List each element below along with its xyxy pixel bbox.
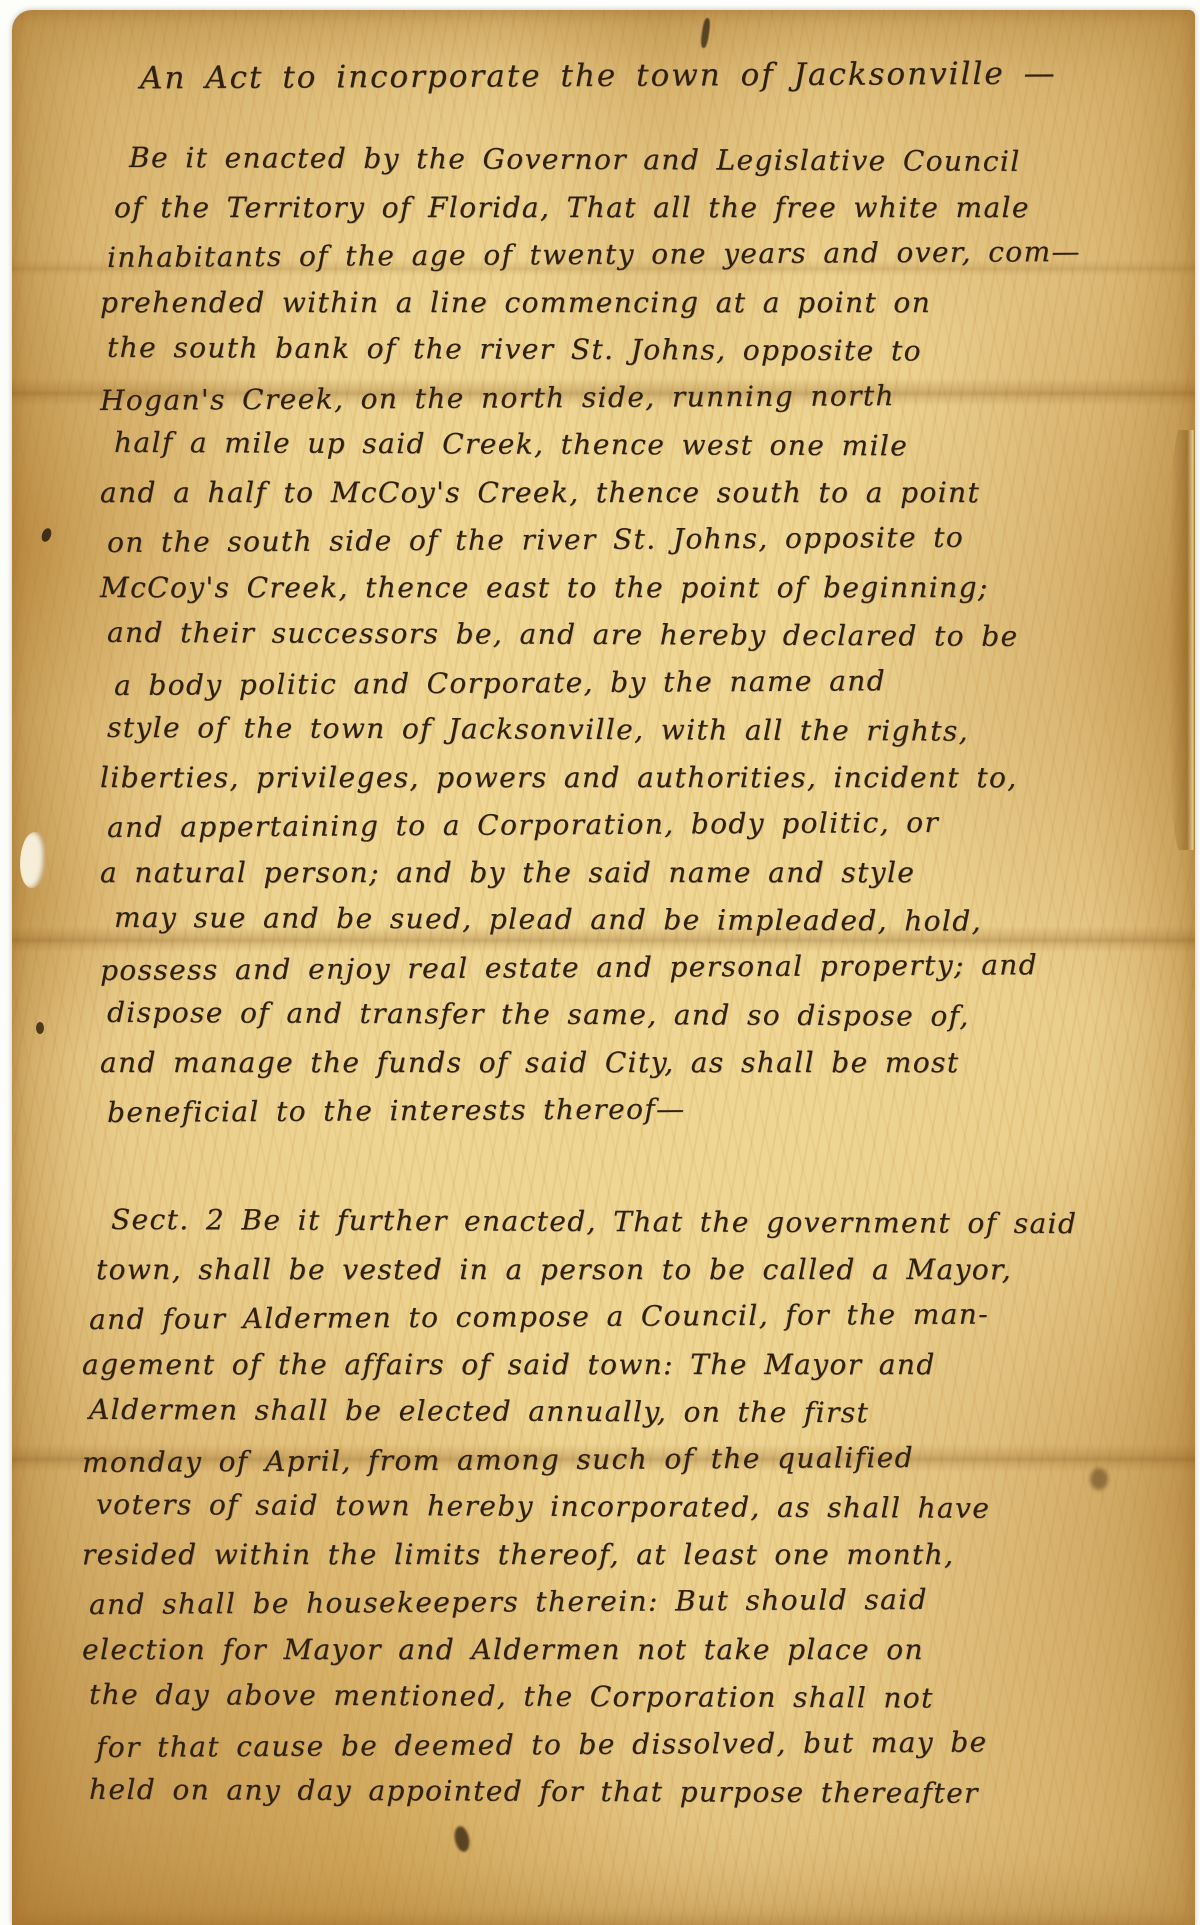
stain-spot bbox=[1090, 1468, 1108, 1490]
manuscript-line: of the Territory of Florida, That all th… bbox=[114, 184, 1081, 232]
section-1-paragraph: Be it enacted by the Governor and Legisl… bbox=[100, 136, 1081, 1134]
manuscript-line: town, shall be vested in a person to be … bbox=[96, 1246, 1077, 1294]
manuscript-line: and their successors be, and are hereby … bbox=[107, 609, 1081, 661]
manuscript-line: monday of April, from among such of the … bbox=[82, 1432, 1078, 1486]
ink-smudge bbox=[452, 1825, 471, 1853]
manuscript-line: agement of the affairs of said town: The… bbox=[82, 1341, 1077, 1389]
manuscript-line: a natural person; and by the said name a… bbox=[100, 849, 1081, 897]
manuscript-line: may sue and be sued, plead and be implea… bbox=[114, 894, 1081, 946]
document-title: An Act to incorporate the town of Jackso… bbox=[140, 56, 1057, 97]
manuscript-line: and appertaining to a Corporation, body … bbox=[107, 798, 1081, 851]
manuscript-line: Hogan's Creek, on the north side, runnin… bbox=[100, 371, 1081, 424]
manuscript-line: the day above mentioned, the Corporation… bbox=[89, 1671, 1077, 1723]
section-2-paragraph: Sect. 2 Be it further enacted, That the … bbox=[82, 1198, 1077, 1816]
manuscript-line: Aldermen shall be elected annually, on t… bbox=[89, 1386, 1077, 1438]
manuscript-paper: An Act to incorporate the town of Jackso… bbox=[12, 10, 1195, 1925]
paper-edge-curl bbox=[1169, 430, 1195, 850]
manuscript-line: and a half to McCoy's Creek, thence sout… bbox=[100, 469, 1081, 517]
manuscript-line: and four Aldermen to compose a Council, … bbox=[89, 1290, 1078, 1344]
manuscript-line: beneficial to the interests thereof— bbox=[107, 1083, 1081, 1136]
manuscript-line: election for Mayor and Aldermen not take… bbox=[82, 1626, 1077, 1674]
ink-speck bbox=[36, 1022, 44, 1034]
manuscript-line: style of the town of Jacksonville, with … bbox=[107, 704, 1081, 756]
paper-tear bbox=[20, 832, 46, 888]
manuscript-line: possess and enjoy real estate and person… bbox=[100, 941, 1081, 994]
manuscript-line: and manage the funds of said City, as sh… bbox=[100, 1039, 1081, 1087]
manuscript-line: McCoy's Creek, thence east to the point … bbox=[100, 564, 1081, 612]
manuscript-line: Be it enacted by the Governor and Legisl… bbox=[107, 134, 1081, 186]
scan-background: An Act to incorporate the town of Jackso… bbox=[0, 0, 1200, 1925]
manuscript-line: on the south side of the river St. Johns… bbox=[107, 513, 1081, 566]
manuscript-line: a body politic and Corporate, by the nam… bbox=[114, 656, 1081, 709]
manuscript-line: Sect. 2 Be it further enacted, That the … bbox=[89, 1196, 1077, 1248]
manuscript-line: prehended within a line commencing at a … bbox=[100, 279, 1081, 327]
manuscript-line: for that cause be deemed to be dissolved… bbox=[96, 1718, 1078, 1771]
manuscript-line: resided within the limits thereof, at le… bbox=[82, 1531, 1077, 1579]
manuscript-line: voters of said town hereby incorporated,… bbox=[96, 1481, 1077, 1533]
manuscript-line: liberties, privileges, powers and author… bbox=[100, 754, 1081, 802]
manuscript-line: dispose of and transfer the same, and so… bbox=[107, 989, 1081, 1041]
ink-speck bbox=[40, 527, 53, 543]
manuscript-line: held on any day appointed for that purpo… bbox=[89, 1766, 1077, 1818]
manuscript-line: inhabitants of the age of twenty one yea… bbox=[107, 228, 1081, 281]
manuscript-line: half a mile up said Creek, thence west o… bbox=[114, 419, 1081, 471]
manuscript-line: and shall be housekeepers therein: But s… bbox=[89, 1575, 1078, 1629]
ink-mark bbox=[700, 18, 711, 49]
manuscript-line: the south bank of the river St. Johns, o… bbox=[107, 324, 1081, 376]
